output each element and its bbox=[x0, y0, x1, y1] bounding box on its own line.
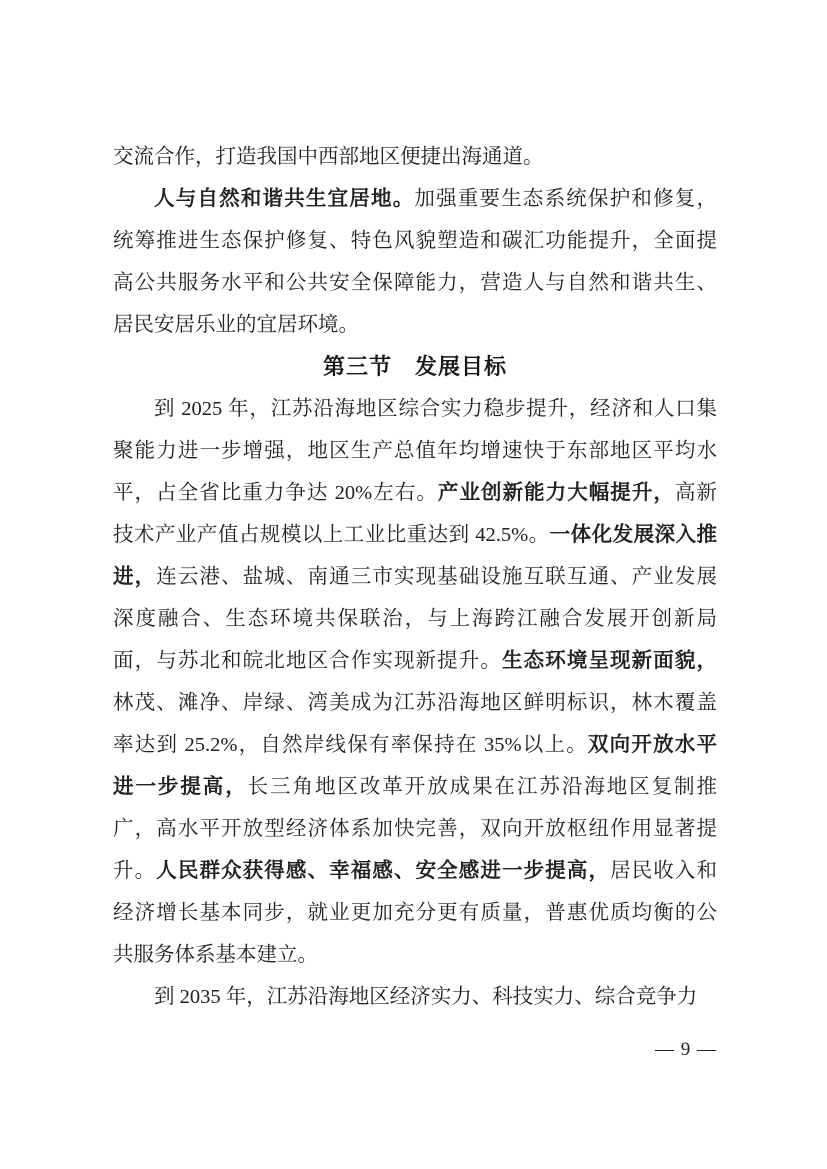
emphasis-text: 双向开放水平 bbox=[588, 734, 717, 756]
body-text: 到 2035 年，江苏沿海地区经济实力、科技实力、综合竞争力 bbox=[154, 986, 697, 1008]
text-line: 到 2035 年，江苏沿海地区经济实力、科技实力、综合竞争力 bbox=[113, 976, 717, 1018]
body-text: 技术产业产值占规模以上工业比重达到 42.5%。 bbox=[113, 524, 550, 546]
body-text: 深度融合、生态环境共保联治，与上海跨江融合发展开创新局 bbox=[113, 608, 717, 630]
emphasis-text: 一体化发展深入推 bbox=[550, 524, 717, 546]
text-line: 交流合作，打造我国中西部地区便捷出海通道。 bbox=[113, 136, 717, 178]
section-heading: 第三节 发展目标 bbox=[113, 346, 717, 388]
text-line: 进，连云港、盐城、南通三市实现基础设施互联互通、产业发展 bbox=[113, 556, 717, 598]
text-line: 统筹推进生态保护修复、特色风貌塑造和碳汇功能提升，全面提 bbox=[113, 220, 717, 262]
page-footer: — 9 — bbox=[113, 1036, 717, 1064]
body-text: 共服务体系基本建立。 bbox=[113, 944, 318, 966]
document-page: 交流合作，打造我国中西部地区便捷出海通道。人与自然和谐共生宜居地。加强重要生态系… bbox=[0, 0, 827, 1169]
body-text: 到 2025 年，江苏沿海地区综合实力稳步提升，经济和人口集 bbox=[154, 398, 717, 420]
text-line: 平，占全省比重力争达 20%左右。产业创新能力大幅提升，高新 bbox=[113, 472, 717, 514]
body-text: 聚能力进一步增强，地区生产总值年均增速快于东部地区平均水 bbox=[113, 440, 717, 462]
emphasis-text: 进， bbox=[113, 566, 156, 588]
text-line: 居民安居乐业的宜居环境。 bbox=[113, 304, 717, 346]
text-line: 升。人民群众获得感、幸福感、安全感进一步提高，居民收入和 bbox=[113, 850, 717, 892]
body-text: 广，高水平开放型经济体系加快完善，双向开放枢纽作用显著提 bbox=[113, 818, 717, 840]
emphasis-text: 第三节 发展目标 bbox=[323, 354, 507, 379]
text-block: 交流合作，打造我国中西部地区便捷出海通道。人与自然和谐共生宜居地。加强重要生态系… bbox=[113, 136, 717, 1018]
body-text: 交流合作，打造我国中西部地区便捷出海通道。 bbox=[113, 146, 544, 168]
body-text: 平，占全省比重力争达 20%左右。 bbox=[113, 482, 438, 504]
body-text: 加强重要生态系统保护和修复， bbox=[414, 188, 717, 210]
emphasis-text: 产业创新能力大幅提升， bbox=[438, 482, 675, 504]
body-text: 居民安居乐业的宜居环境。 bbox=[113, 314, 359, 336]
text-line: 广，高水平开放型经济体系加快完善，双向开放枢纽作用显著提 bbox=[113, 808, 717, 850]
text-line: 林茂、滩净、岸绿、湾美成为江苏沿海地区鲜明标识，林木覆盖 bbox=[113, 682, 717, 724]
text-line: 经济增长基本同步，就业更加充分更有质量，普惠优质均衡的公 bbox=[113, 892, 717, 934]
text-line: 进一步提高，长三角地区改革开放成果在江苏沿海地区复制推 bbox=[113, 766, 717, 808]
body-text: 居民收入和 bbox=[610, 860, 717, 882]
text-line: 聚能力进一步增强，地区生产总值年均增速快于东部地区平均水 bbox=[113, 430, 717, 472]
body-text: 林茂、滩净、岸绿、湾美成为江苏沿海地区鲜明标识，林木覆盖 bbox=[113, 692, 717, 714]
body-text: 高公共服务水平和公共安全保障能力，营造人与自然和谐共生、 bbox=[113, 272, 717, 294]
body-text: 经济增长基本同步，就业更加充分更有质量，普惠优质均衡的公 bbox=[113, 902, 717, 924]
text-line: 面，与苏北和皖北地区合作实现新提升。生态环境呈现新面貌， bbox=[113, 640, 717, 682]
text-line: 共服务体系基本建立。 bbox=[113, 934, 717, 976]
text-line: 深度融合、生态环境共保联治，与上海跨江融合发展开创新局 bbox=[113, 598, 717, 640]
emphasis-text: 人民群众获得感、幸福感、安全感进一步提高， bbox=[156, 860, 610, 882]
emphasis-text: 人与自然和谐共生宜居地。 bbox=[154, 188, 414, 210]
page-number: — 9 — bbox=[655, 1039, 717, 1060]
emphasis-text: 进一步提高， bbox=[113, 776, 248, 798]
emphasis-text: 生态环境呈现新面貌， bbox=[502, 650, 717, 672]
body-text: 统筹推进生态保护修复、特色风貌塑造和碳汇功能提升，全面提 bbox=[113, 230, 717, 252]
body-text: 面，与苏北和皖北地区合作实现新提升。 bbox=[113, 650, 502, 672]
text-line: 人与自然和谐共生宜居地。加强重要生态系统保护和修复， bbox=[113, 178, 717, 220]
body-text: 升。 bbox=[113, 860, 156, 882]
text-line: 高公共服务水平和公共安全保障能力，营造人与自然和谐共生、 bbox=[113, 262, 717, 304]
body-text: 率达到 25.2%，自然岸线保有率保持在 35%以上。 bbox=[113, 734, 588, 756]
text-line: 率达到 25.2%，自然岸线保有率保持在 35%以上。双向开放水平 bbox=[113, 724, 717, 766]
text-line: 技术产业产值占规模以上工业比重达到 42.5%。一体化发展深入推 bbox=[113, 514, 717, 556]
body-text: 高新 bbox=[675, 482, 717, 504]
body-text: 长三角地区改革开放成果在江苏沿海地区复制推 bbox=[248, 776, 717, 798]
body-text: 连云港、盐城、南通三市实现基础设施互联互通、产业发展 bbox=[156, 566, 717, 588]
text-line: 到 2025 年，江苏沿海地区综合实力稳步提升，经济和人口集 bbox=[113, 388, 717, 430]
